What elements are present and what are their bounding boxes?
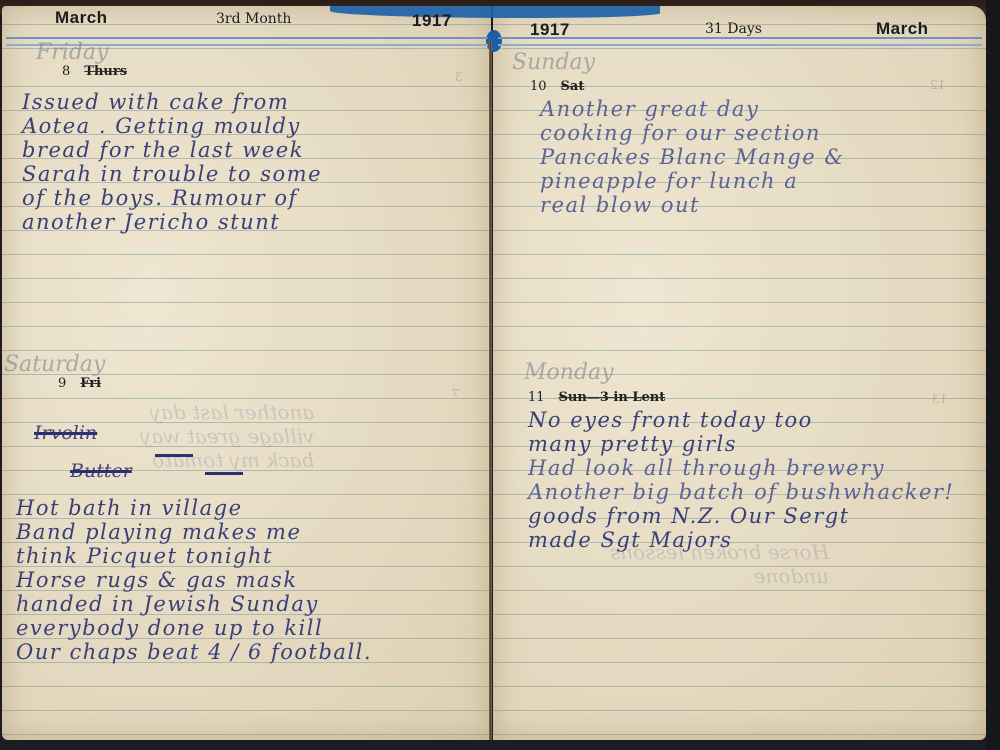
handwritten-line: Horse rugs & gas mask (16, 568, 372, 592)
handwritten-line: real blow out (540, 193, 845, 217)
date-number: 11 (528, 390, 545, 405)
right-header-year: 1917 (530, 20, 570, 40)
handwritten-line: Another big batch of bushwhacker! (528, 480, 954, 504)
date-number: 10 (530, 79, 547, 94)
handwritten-line: handed in Jewish Sunday (16, 592, 372, 616)
printed-day-name: Thurs (84, 64, 127, 79)
left-header-subtitle: 3rd Month (216, 11, 291, 27)
handwritten-line: Pancakes Blanc Mange & (540, 145, 845, 169)
ghost-date-number: 12 (930, 78, 945, 92)
right-header-subtitle: 31 Days (705, 21, 762, 37)
handwritten-line: think Picquet tonight (16, 544, 372, 568)
ghost-date-number: 3 (455, 70, 463, 84)
book-spine (489, 40, 492, 740)
handwritten-line: of the boys. Rumour of (22, 186, 322, 210)
printed-day-name: Sun—3 in Lent (559, 390, 666, 405)
printed-day-name: Fri (80, 376, 101, 391)
handwritten-line: goods from N.Z. Our Sergt (528, 504, 954, 528)
handwritten-line: another Jericho stunt (22, 210, 322, 234)
ghost-date-number: 13 (932, 392, 947, 406)
ghost-date-number: 7 (452, 387, 460, 401)
handwritten-line: many pretty girls (528, 432, 954, 456)
handwritten-line: everybody done up to kill (16, 616, 372, 640)
date-number: 9 (58, 376, 66, 391)
handwritten-line: Sarah in trouble to some (22, 162, 322, 186)
handwritten-line: made Sgt Majors (528, 528, 954, 552)
left-header-year: 1917 (412, 11, 452, 31)
printed-day-name: Sat (561, 79, 585, 94)
right-header-month: March (876, 19, 929, 39)
handwritten-line: Hot bath in village (16, 496, 372, 520)
handwritten-line: Aotea . Getting mouldy (22, 114, 322, 138)
diary-entry-text: Issued with cake from Aotea . Getting mo… (22, 90, 322, 234)
handwritten-line: bread for the last week (22, 138, 322, 162)
diary-entry-text: No eyes front today too many pretty girl… (528, 408, 954, 552)
pencil-day-label: Friday (36, 40, 108, 65)
handwritten-line: No eyes front today too (528, 408, 954, 432)
struck-word: —— (155, 444, 193, 466)
struck-word: Butter (70, 460, 132, 482)
handwritten-line: Had look all through brewery (528, 456, 954, 480)
date-number: 8 (62, 64, 70, 79)
date-heading: 11Sun—3 in Lent (528, 390, 665, 405)
struck-word: Irvolin (34, 422, 97, 444)
handwritten-line: Another great day (540, 97, 845, 121)
pencil-day-label: Sunday (512, 50, 595, 75)
date-heading: 9Fri (58, 376, 101, 391)
left-header-month: March (55, 8, 108, 28)
handwritten-line: Our chaps beat 4 / 6 football. (16, 640, 372, 664)
handwritten-line: Issued with cake from (22, 90, 322, 114)
diary-entry-text: Another great day cooking for our sectio… (540, 97, 845, 217)
pencil-day-label: Monday (524, 360, 614, 385)
handwritten-line: cooking for our section (540, 121, 845, 145)
handwritten-line: Band playing makes me (16, 520, 372, 544)
handwritten-line: pineapple for lunch a (540, 169, 845, 193)
background-edge (986, 0, 1000, 750)
date-heading: 8Thurs (62, 64, 127, 79)
diary-entry-text: Hot bath in village Band playing makes m… (16, 496, 372, 664)
pencil-day-label: Saturday (4, 352, 105, 377)
date-heading: 10Sat (530, 79, 584, 94)
struck-word: —— (205, 462, 243, 484)
